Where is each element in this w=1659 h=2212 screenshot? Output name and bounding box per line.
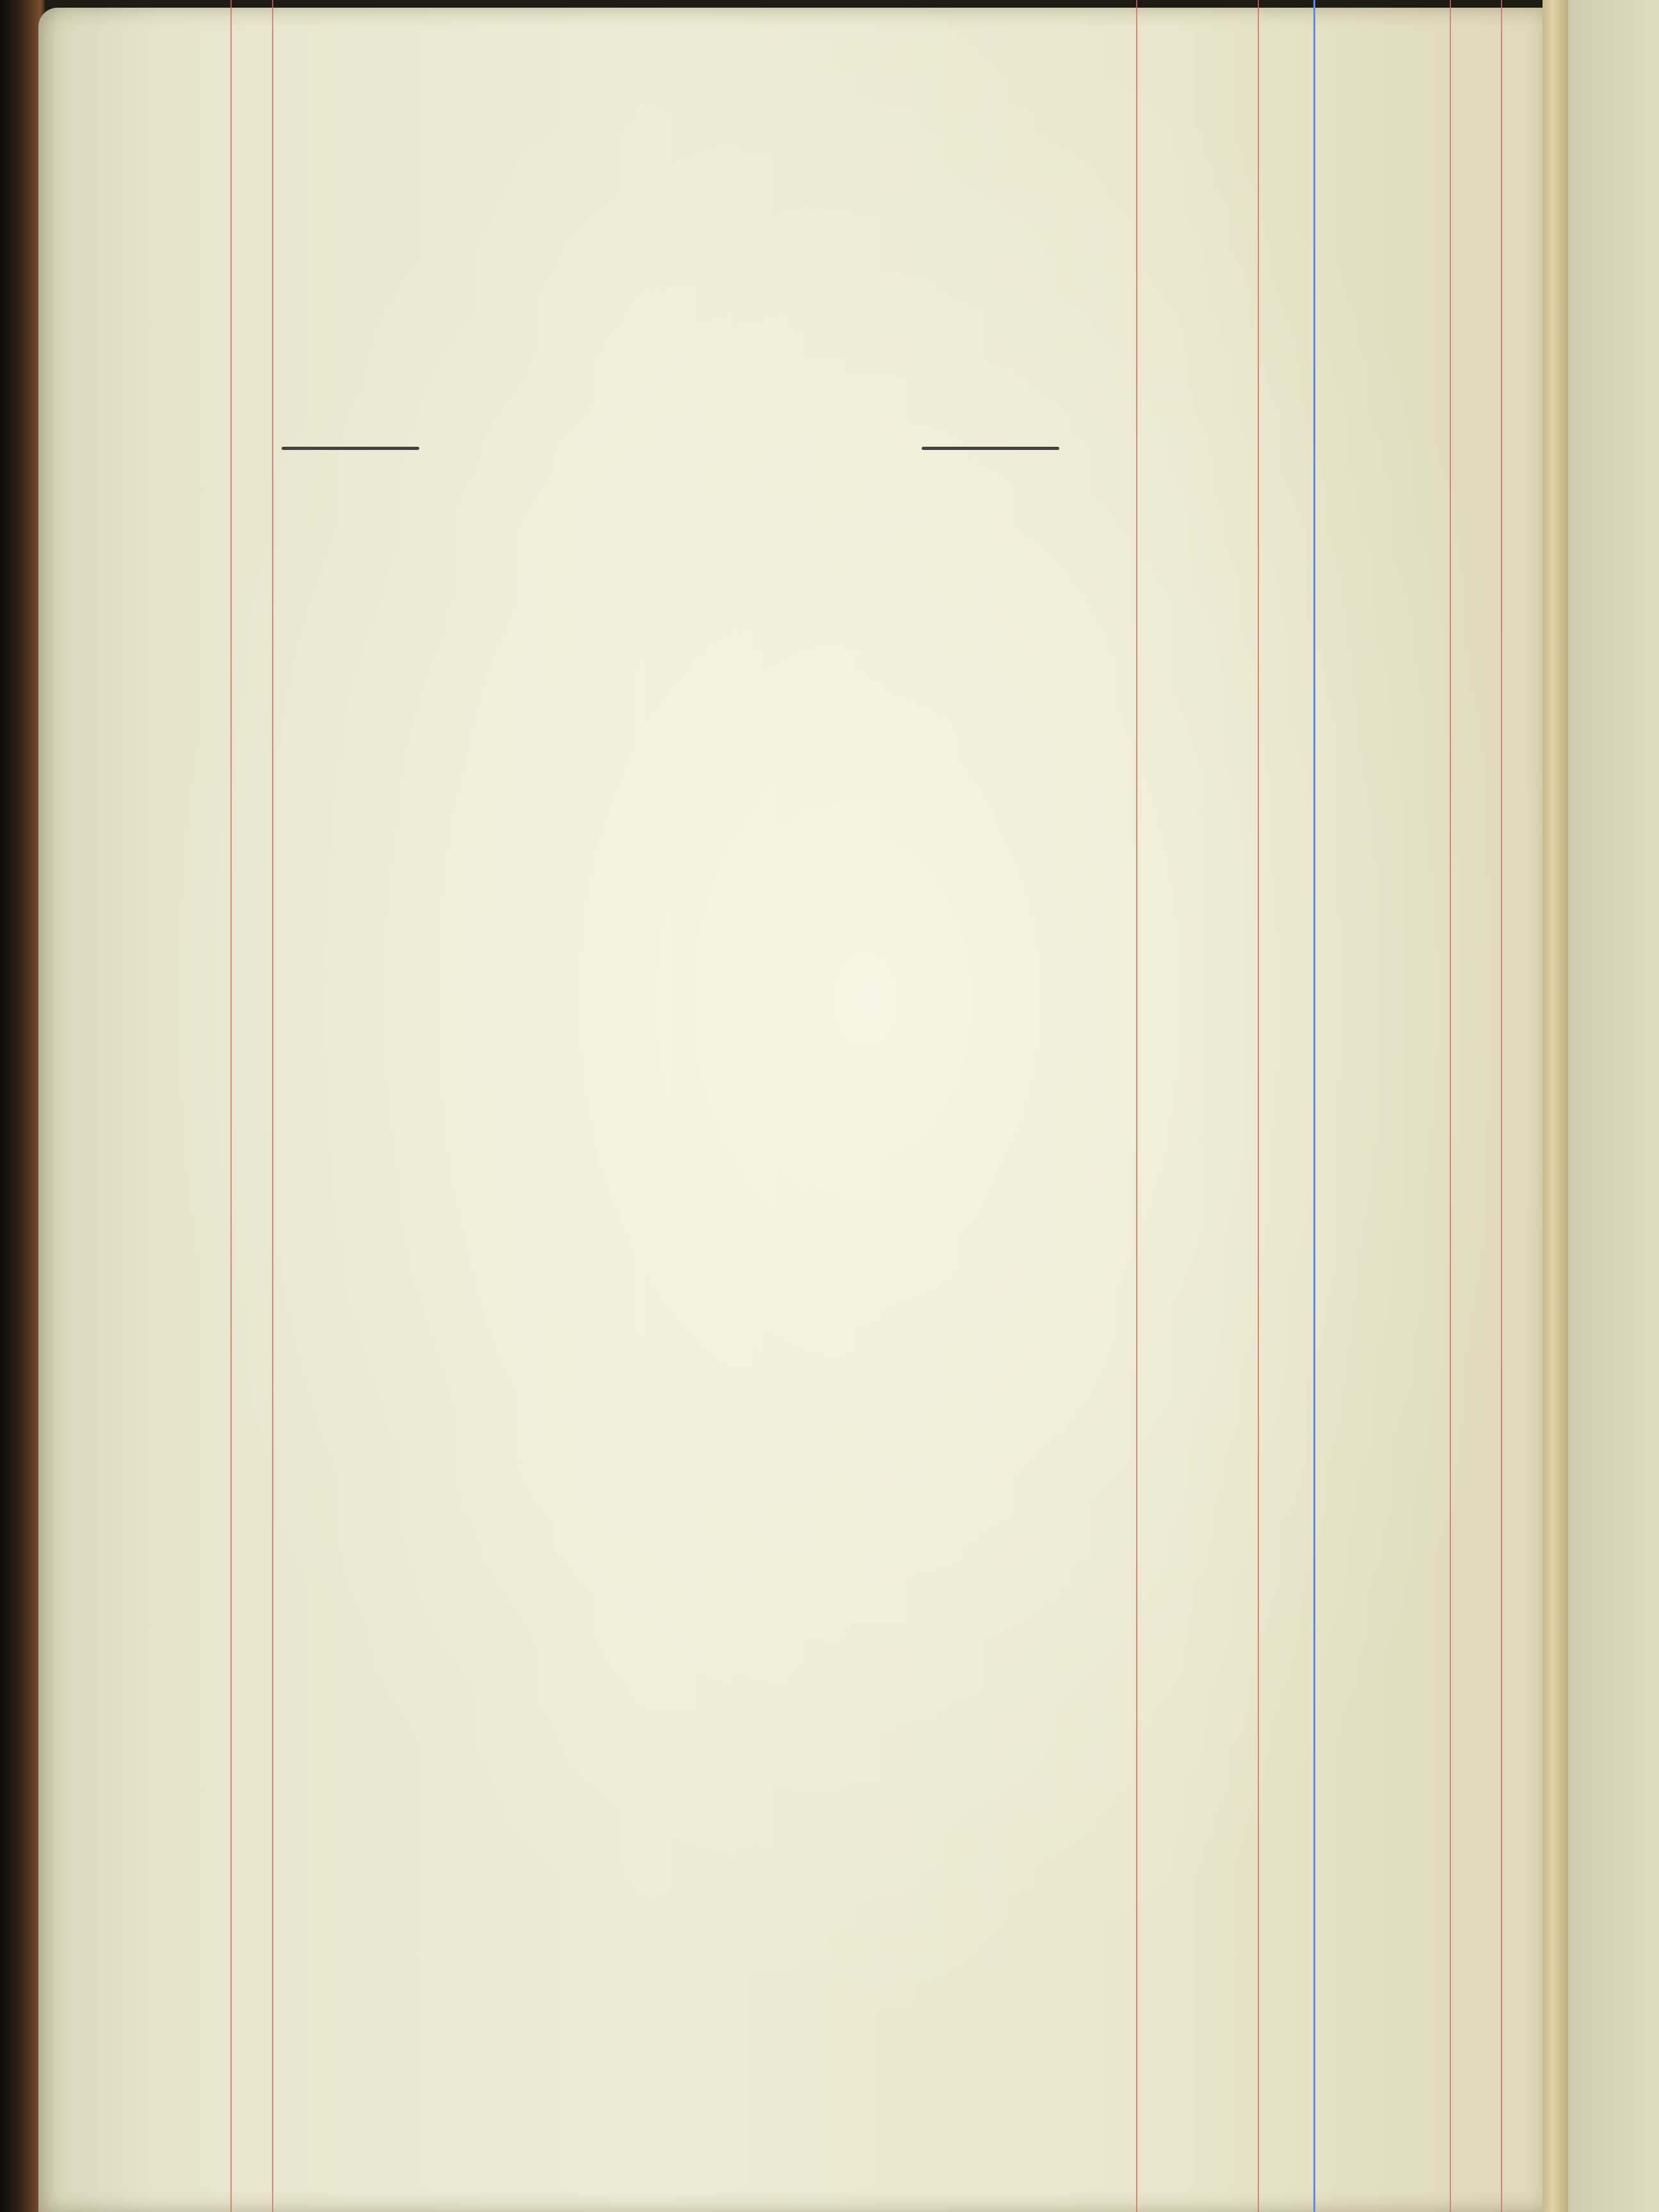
adjacent-page [1568, 0, 1659, 2212]
column-rule-3 [1450, 0, 1451, 2212]
margin-rule-1 [230, 0, 232, 2212]
margin-rule-2 [272, 0, 273, 2212]
ledger-page [38, 8, 1543, 2212]
column-rule-4 [1501, 0, 1502, 2212]
divider [282, 447, 419, 450]
column-rule-blue [1313, 0, 1315, 2212]
page-edge [1543, 0, 1568, 2212]
divider [922, 447, 1059, 450]
column-rule-2 [1258, 0, 1259, 2212]
column-rule-1 [1136, 0, 1137, 2212]
